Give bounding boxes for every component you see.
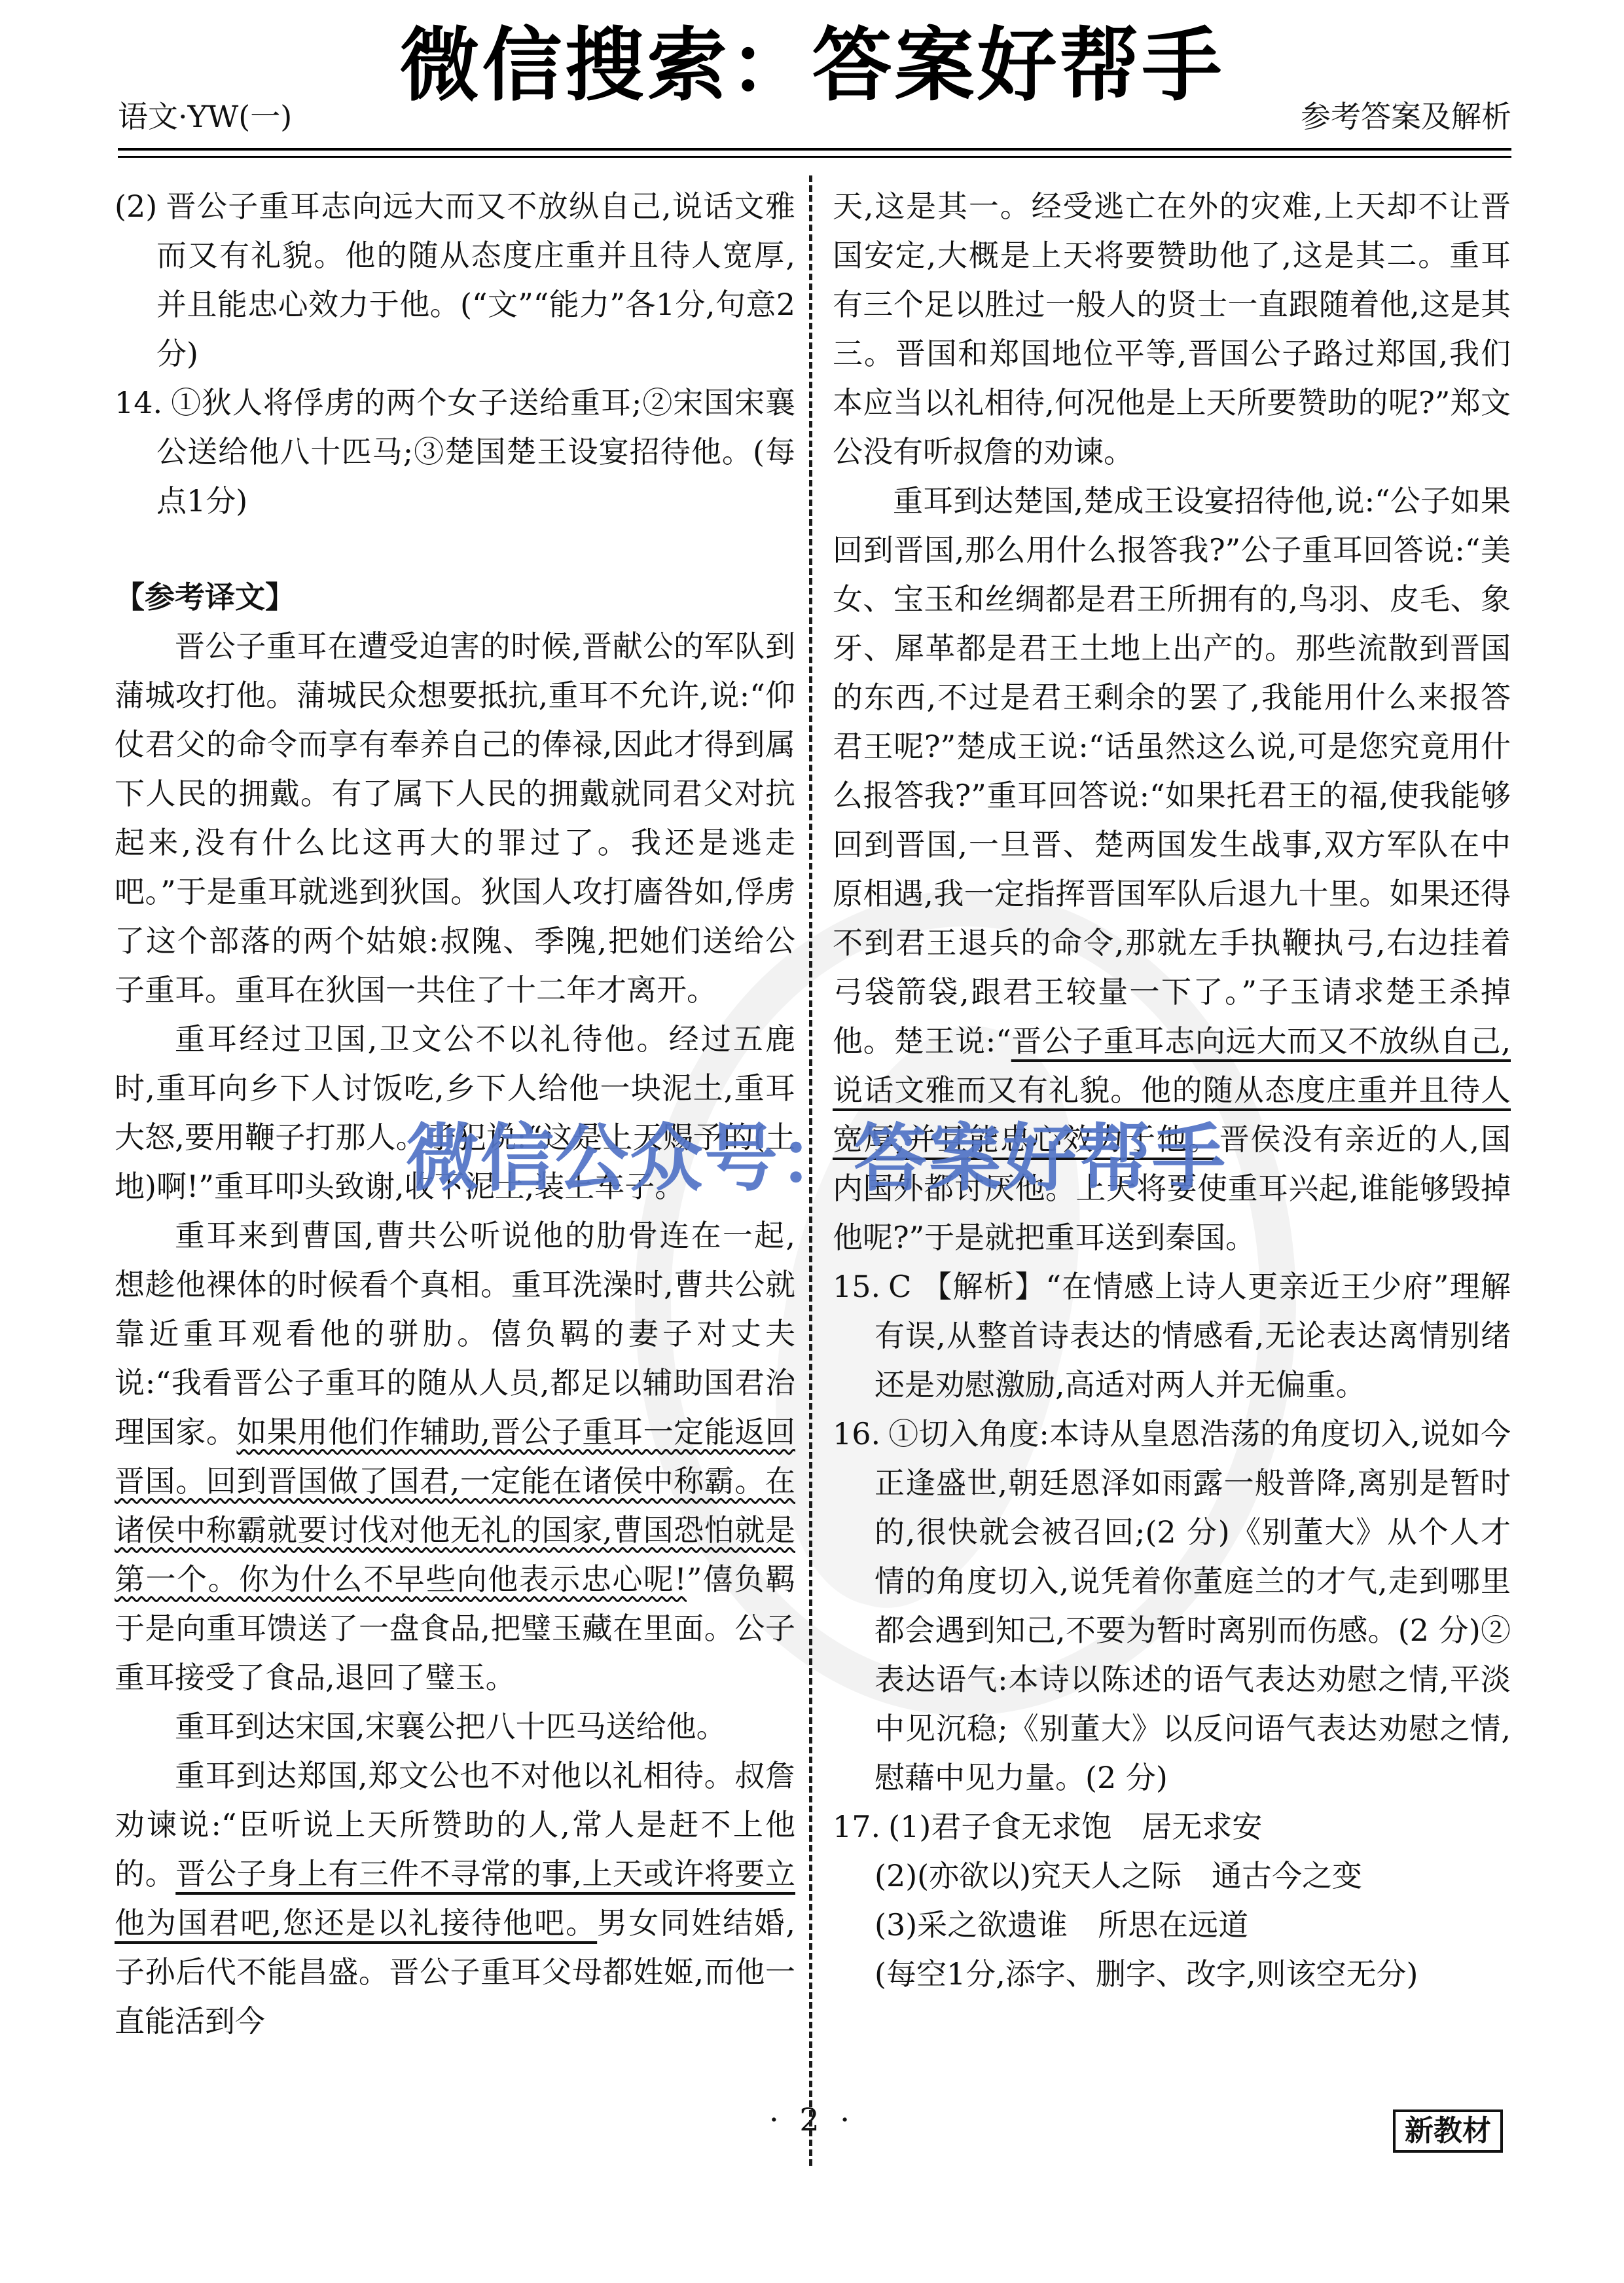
text-segment: C 【解析】“在情感上诗人更亲近王少府”理解有误,从整首诗表达的情感看,无论表达…	[875, 1269, 1511, 1402]
text-block: 晋公子重耳在遭受迫害的时候,晋献公的军队到蒲城攻打他。蒲城民众想要抵抗,重耳不允…	[115, 622, 795, 1015]
document-page: 微信搜索：答案好帮手 语文·YW(一) 参考答案及解析 (2)晋公子重耳志向远大…	[0, 0, 1624, 2283]
text-block: 16.①切入角度:本诗从皇恩浩荡的角度切入,说如今正逢盛世,朝廷恩泽如雨露一般普…	[833, 1410, 1511, 1802]
text-block: 17.(1)君子食无求饱 居无求安(2)(亦欲以)究天人之际 通古今之变(3)采…	[833, 1802, 1511, 1999]
text-segment: (每空1分,添字、删字、改字,则该空无分)	[875, 1956, 1418, 1992]
text-line: 14.①狄人将俘虏的两个女子送给重耳;②宋国宋襄公送给他八十匹马;③楚国楚王设宴…	[115, 378, 795, 526]
text-line: 晋公子重耳在遭受迫害的时候,晋献公的军队到蒲城攻打他。蒲城民众想要抵抗,重耳不允…	[115, 622, 795, 1015]
text-block: (2)晋公子重耳志向远大而又不放纵自己,说话文雅而又有礼貌。他的随从态度庄重并且…	[115, 182, 795, 378]
text-block: 【参考译文】	[115, 573, 795, 622]
text-block: 天,这是其一。经受逃亡在外的灾难,上天却不让晋国安定,大概是上天将要赞助他了,这…	[833, 182, 1511, 477]
text-line: 天,这是其一。经受逃亡在外的灾难,上天却不让晋国安定,大概是上天将要赞助他了,这…	[833, 182, 1511, 477]
text-segment: 重耳到达楚国,楚成王设宴招待他,说:“公子如果回到晋国,那么用什么报答我?”公子…	[833, 483, 1511, 1059]
text-line: 重耳到达宋国,宋襄公把八十匹马送给他。	[115, 1702, 795, 1751]
right-column: 天,这是其一。经受逃亡在外的灾难,上天却不让晋国安定,大概是上天将要赞助他了,这…	[833, 182, 1511, 1999]
text-line: 【参考译文】	[115, 573, 795, 622]
text-segment: (2)(亦欲以)究天人之际 通古今之变	[875, 1858, 1362, 1893]
subject-label: 语文·YW(一)	[118, 93, 292, 136]
text-segment: ①狄人将俘虏的两个女子送给重耳;②宋国宋襄公送给他八十匹马;③楚国楚王设宴招待他…	[156, 385, 795, 519]
text-segment: 【参考译文】	[115, 579, 295, 615]
text-block: 重耳到达郑国,郑文公也不对他以礼相待。叔詹劝谏说:“臣听说上天所赞助的人,常人是…	[115, 1751, 795, 2046]
item-number: 17.	[833, 1809, 880, 1844]
text-line: (2)晋公子重耳志向远大而又不放纵自己,说话文雅而又有礼貌。他的随从态度庄重并且…	[115, 182, 795, 378]
text-line: (2)(亦欲以)究天人之际 通古今之变	[833, 1852, 1511, 1901]
item-number: (2)	[115, 189, 157, 224]
header-double-rule	[118, 148, 1511, 158]
text-line: 15.C 【解析】“在情感上诗人更亲近王少府”理解有误,从整首诗表达的情感看,无…	[833, 1262, 1511, 1410]
text-segment: 晋公子重耳志向远大而又不放纵自己,说话文雅而又有礼貌。他的随从态度庄重并且待人宽…	[156, 189, 795, 371]
text-line: 重耳到达郑国,郑文公也不对他以礼相待。叔詹劝谏说:“臣听说上天所赞助的人,常人是…	[115, 1751, 795, 2046]
text-segment: (3)采之欲遗谁 所思在远道	[875, 1907, 1248, 1943]
text-line: 16.①切入角度:本诗从皇恩浩荡的角度切入,说如今正逢盛世,朝廷恩泽如雨露一般普…	[833, 1410, 1511, 1802]
text-segment: 重耳到达宋国,宋襄公把八十匹马送给他。	[175, 1709, 727, 1744]
text-line: (3)采之欲遗谁 所思在远道	[833, 1901, 1511, 1950]
text-line: 重耳来到曹国,曹共公听说他的肋骨连在一起,想趁他裸体的时候看个真相。重耳洗澡时,…	[115, 1211, 795, 1702]
new-textbook-badge: 新教材	[1393, 2109, 1503, 2153]
text-block: 14.①狄人将俘虏的两个女子送给重耳;②宋国宋襄公送给他八十匹马;③楚国楚王设宴…	[115, 378, 795, 526]
wechat-watermark: 微信公众号：答案好帮手	[406, 1100, 1227, 1205]
text-segment: 天,这是其一。经受逃亡在外的灾难,上天却不让晋国安定,大概是上天将要赞助他了,这…	[833, 189, 1511, 469]
item-number: 14.	[115, 385, 162, 420]
text-segment: 晋公子重耳在遭受迫害的时候,晋献公的军队到蒲城攻打他。蒲城民众想要抵抗,重耳不允…	[115, 629, 795, 1008]
header-subrow: 语文·YW(一) 参考答案及解析	[118, 93, 1511, 136]
text-segment: (1)君子食无求饱 居无求安	[888, 1809, 1262, 1844]
text-block: 重耳到达宋国,宋襄公把八十匹马送给他。	[115, 1702, 795, 1751]
text-block: 15.C 【解析】“在情感上诗人更亲近王少府”理解有误,从整首诗表达的情感看,无…	[833, 1262, 1511, 1410]
item-number: 16.	[833, 1416, 880, 1452]
text-block: 重耳来到曹国,曹共公听说他的肋骨连在一起,想趁他裸体的时候看个真相。重耳洗澡时,…	[115, 1211, 795, 1702]
text-line: (每空1分,添字、删字、改字,则该空无分)	[833, 1950, 1511, 1999]
item-number: 15.	[833, 1269, 880, 1304]
section-label: 参考答案及解析	[1301, 93, 1511, 136]
text-segment: ①切入角度:本诗从皇恩浩荡的角度切入,说如今正逢盛世,朝廷恩泽如雨露一般普降,离…	[875, 1416, 1511, 1795]
text-line: 17.(1)君子食无求饱 居无求安	[833, 1802, 1511, 1852]
